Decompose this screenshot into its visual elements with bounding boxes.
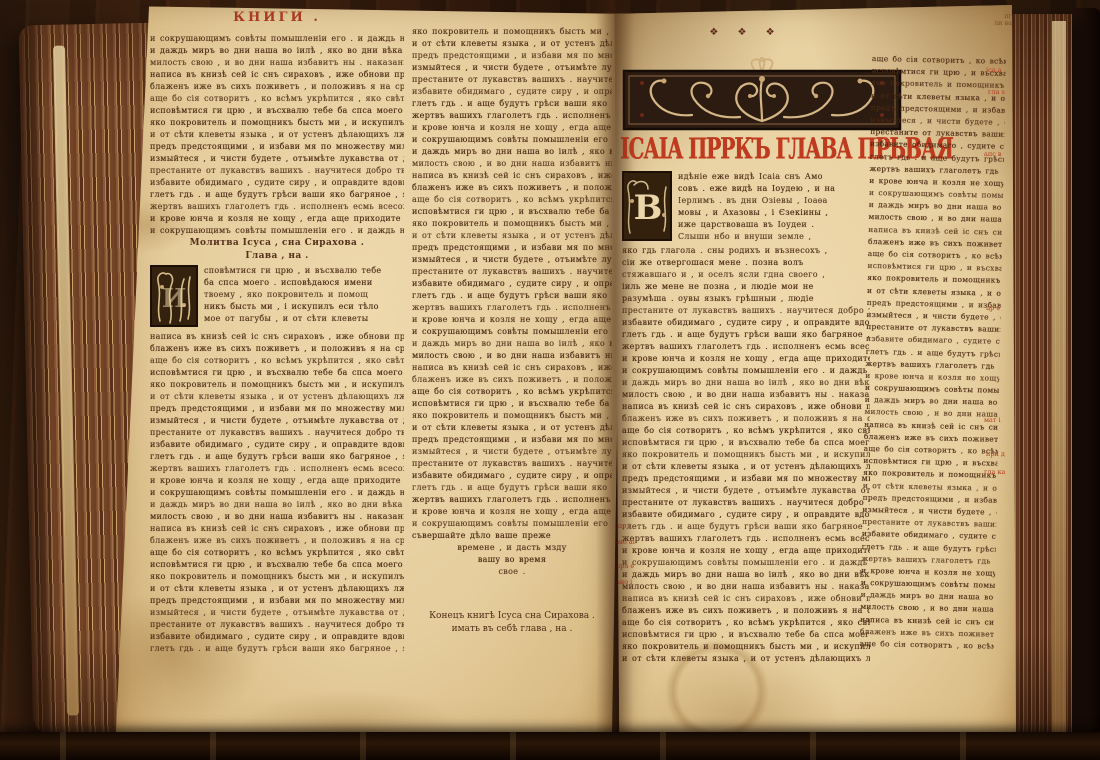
- text-line: избавите обидимаго , судите сиру , и опр…: [412, 470, 612, 482]
- text-line: яко покровитель и помощникъ бысть ми , и…: [150, 117, 404, 129]
- text-line: престаните от лукавствъ вашихъ . научите…: [150, 619, 404, 631]
- text-line: и сокрушающимъ совѣты помышленіи его . и…: [412, 326, 612, 338]
- text-line: и даждь миръ во дни наша во іилѣ , яко в…: [412, 146, 612, 158]
- text-line: и крове юнча и козля не хощу , егда аще …: [412, 122, 612, 134]
- text-line: яко покровитель и помощникъ бысть ми , и…: [412, 410, 612, 422]
- text-line: аще бо сія сотворитъ , ко всѣмъ укрѣпитс…: [150, 547, 404, 559]
- text-line: твоему , яко покровитель и помощ: [204, 289, 404, 301]
- text-line: измыйтеся , и чисти будете , отъимѣте лу…: [412, 446, 612, 458]
- text-line: измыйтеся , и чисти будете , отъимѣте лу…: [412, 62, 612, 74]
- text-line: и крове юнча и козля не хощу , егда аще …: [412, 506, 612, 518]
- text-line: жертвъ вашихъ глаголетъ гдь . исполненъ …: [412, 494, 612, 506]
- text-line: аще бо сія сотворитъ , ко всѣмъ укрѣпитс…: [412, 194, 612, 206]
- text-line: избавите обидимаго , судите сиру , и опр…: [150, 439, 404, 451]
- wooden-table-edge: [0, 732, 1100, 760]
- left-page: КНИГИ . и сокрушающимъ совѣты помышленіи…: [116, 2, 624, 746]
- text-line: и сокрушающимъ совѣты помышленіи его . и…: [412, 518, 612, 530]
- text-line: и крове юнча и козля не хощу , егда аще …: [150, 475, 404, 487]
- text-line: предъ предстоящими , и избави мя по множ…: [412, 50, 612, 62]
- text-line: и от сѣти клеветы языка , и от устенъ дѣ…: [412, 38, 612, 50]
- text-line: яко покровитель и помощникъ бысть ми , и…: [412, 26, 612, 38]
- text-line: жертвъ вашихъ глаголетъ гдь . исполненъ …: [412, 110, 612, 122]
- text-line: глетъ гдь . и аще будутъ грѣси ваши яко …: [150, 451, 404, 463]
- text-line: избавите обидимаго , судите сиру , и опр…: [150, 631, 404, 643]
- text-line: глетъ гдь . и аще будутъ грѣси ваши яко …: [412, 98, 612, 110]
- text-line: и крове юнча и козля не хощу , егда аще …: [150, 213, 404, 225]
- text-line: исповѣмтися ги црю , и въсхвалю тебе ба …: [412, 398, 612, 410]
- margin-note: ано і: [616, 579, 650, 586]
- text-line: блаженъ иже въ сихъ поживетъ , и положив…: [150, 343, 404, 355]
- text-line: престаните от лукавствъ вашихъ . научите…: [412, 74, 612, 86]
- text-line: и от сѣти клеветы языка , и от устенъ дѣ…: [150, 583, 404, 595]
- text-line: глетъ гдь . и аще будутъ грѣси ваши яко …: [150, 643, 404, 655]
- text-line: избавите обидимаго , судите сиру , и опр…: [412, 278, 612, 290]
- text-line: написа въ книзѣ сей іс снъ сираховъ , иж…: [150, 523, 404, 535]
- margin-note: амо аі: [614, 539, 648, 546]
- text-line: и даждь миръ во дни наша во іилѣ , яко в…: [150, 499, 404, 511]
- text-line: и даждь миръ во дни наша во іилѣ , яко в…: [412, 338, 612, 350]
- initial-ornament-icon: И: [150, 265, 198, 327]
- text-line: исповѣмтися ги црю , и въсхвалю тебе ба …: [150, 105, 404, 117]
- colophon-line: Конецъ книгѣ Ісуса сна Сирахова .: [412, 610, 612, 623]
- right-page: пг ли ва ❖ ❖ ❖: [612, 5, 1016, 743]
- text-line: блаженъ иже въ сихъ поживетъ , и положив…: [412, 374, 612, 386]
- text-line: никъ бысть ми , і искупилъ еси тѣло: [204, 301, 404, 313]
- taper-line: времене , и дасть мзду: [412, 542, 612, 554]
- text-line: аще бо сія сотворитъ , ко всѣмъ укрѣпитс…: [412, 386, 612, 398]
- text-line: глетъ гдь . и аще будутъ грѣси ваши яко …: [412, 290, 612, 302]
- text-line: аще бо сія сотворитъ , ко всѣмъ укрѣпитс…: [150, 93, 404, 105]
- text-line: предъ предстоящими , и избави мя по множ…: [150, 141, 404, 153]
- text-line: исповѣмтися ги црю , и въсхвалю тебе ба …: [150, 559, 404, 571]
- section-title-line-1: Молитва Ісуса , сна Сирахова .: [150, 237, 404, 250]
- text-line: мое от пагубы , и от сѣти клеветы: [204, 313, 404, 325]
- text-line: написа въ книзѣ сей іс снъ сираховъ , иж…: [412, 362, 612, 374]
- text-line: исповѣмтися ги црю , и въсхвалю тебе ба …: [150, 367, 404, 379]
- text-line: милость свою , и во дни наша избавитъ ны…: [412, 158, 612, 170]
- text-line: престаните от лукавствъ вашихъ . научите…: [412, 458, 612, 470]
- text-line: престаните от лукавствъ вашихъ . научите…: [412, 266, 612, 278]
- text-line: престаните от лукавствъ вашихъ . научите…: [150, 427, 404, 439]
- left-page-column-1: и сокрушающимъ совѣты помышленіи его . и…: [150, 33, 404, 655]
- text-line: милость свою , и во дни наша избавитъ ны…: [150, 511, 404, 523]
- text-line: блаженъ иже въ сихъ поживетъ , и положив…: [412, 182, 612, 194]
- text-line: и от сѣти клеветы языка , и от устенъ дѣ…: [150, 129, 404, 141]
- taper-line: вашу во время: [412, 554, 612, 566]
- text-line: измыйтеся , и чисти будете , отъимѣте лу…: [150, 153, 404, 165]
- text-line: жертвъ вашихъ глаголетъ гдь . исполненъ …: [150, 463, 404, 475]
- running-header: КНИГИ .: [150, 10, 404, 25]
- text-line: милость свою , и во дни наша избавитъ ны…: [150, 57, 404, 69]
- text-line: жертвъ вашихъ глаголетъ гдь . исполненъ …: [412, 302, 612, 314]
- margin-note: пра ѳ: [616, 563, 650, 570]
- text-line: жертвъ вашихъ глаголетъ гдь . исполненъ …: [150, 201, 404, 213]
- text-line: ба спса моего . исповѣдаюся имени: [204, 277, 404, 289]
- photo-of-open-book: КНИГИ . и сокрушающимъ совѣты помышленіи…: [0, 0, 1100, 760]
- text-line: яко покровитель и помощникъ бысть ми , и…: [412, 218, 612, 230]
- text-line: предъ предстоящими , и избави мя по множ…: [150, 403, 404, 415]
- gutter-margin-notes: апр іамо аіпра ѳано і: [612, 5, 1016, 743]
- decorated-initial-woodcut: И: [150, 265, 198, 331]
- text-line: измыйтеся , и чисти будете , отъимѣте лу…: [412, 254, 612, 266]
- text-line: милость свою , и во дни наша избавитъ ны…: [412, 350, 612, 362]
- body-text: написа въ книзѣ сей іс снъ сираховъ , иж…: [150, 331, 404, 655]
- section-title-line-2: Глава , на .: [150, 250, 404, 263]
- text-line: избавите обидимаго , судите сиру , и опр…: [150, 177, 404, 189]
- text-line: яко покровитель и помощникъ бысть ми , и…: [150, 379, 404, 391]
- text-line: избавите обидимаго , судите сиру , и опр…: [412, 86, 612, 98]
- text-line: и от сѣти клеветы языка , и от устенъ дѣ…: [412, 422, 612, 434]
- text-line: написа въ книзѣ сей іс снъ сираховъ , иж…: [412, 170, 612, 182]
- colophon-line: имать въ себѣ глава , на .: [412, 623, 612, 636]
- text-line: блаженъ иже въ сихъ поживетъ , и положив…: [150, 535, 404, 547]
- taper-line: свое .: [412, 566, 612, 578]
- decorated-initial-row: И сповѣмтися ги црю , и въсхвалю тебеба …: [150, 265, 404, 331]
- initial-letter: И: [162, 284, 187, 314]
- text-line: измыйтеся , и чисти будете , отъимѣте лу…: [150, 415, 404, 427]
- text-line: яко покровитель и помощникъ бысть ми , и…: [150, 571, 404, 583]
- text-line: предъ предстоящими , и избави мя по множ…: [412, 242, 612, 254]
- text-line: глетъ гдь . и аще будутъ грѣси ваши яко …: [150, 189, 404, 201]
- text-line: и от сѣти клеветы языка , и от устенъ дѣ…: [412, 230, 612, 242]
- last-full-line: съвершайте дѣло ваше преже: [412, 530, 612, 542]
- text-line: исповѣмтися ги црю , и въсхвалю тебе ба …: [412, 206, 612, 218]
- book-cover-edge-right: [1070, 8, 1100, 752]
- text-line: измыйтеся , и чисти будете , отъимѣте лу…: [150, 607, 404, 619]
- body-text: и сокрушающимъ совѣты помышленіи его . и…: [150, 33, 404, 237]
- text-line: и сокрушающимъ совѣты помышленіи его . и…: [150, 225, 404, 237]
- text-line: и даждь миръ во дни наша во іилѣ , яко в…: [150, 45, 404, 57]
- text-line: и сокрушающимъ совѣты помышленіи его . и…: [150, 33, 404, 45]
- text-line: сповѣмтися ги црю , и въсхвалю тебе: [204, 265, 404, 277]
- text-line: предъ предстоящими , и избави мя по множ…: [150, 595, 404, 607]
- text-line: предъ предстоящими , и избави мя по множ…: [412, 434, 612, 446]
- text-line: глетъ гдь . и аще будутъ грѣси ваши яко …: [412, 482, 612, 494]
- body-text: сповѣмтися ги црю , и въсхвалю тебеба сп…: [204, 265, 404, 331]
- text-line: и сокрушающимъ совѣты помышленіи его . и…: [412, 134, 612, 146]
- colophon: Конецъ книгѣ Ісуса сна Сирахова . имать …: [412, 610, 612, 636]
- text-line: и от сѣти клеветы языка , и от устенъ дѣ…: [150, 391, 404, 403]
- margin-note: апр і: [614, 523, 648, 530]
- text-line: написа въ книзѣ сей іс снъ сираховъ , иж…: [150, 331, 404, 343]
- text-line: аще бо сія сотворитъ , ко всѣмъ укрѣпитс…: [150, 355, 404, 367]
- body-text: яко покровитель и помощникъ бысть ми , и…: [412, 26, 612, 530]
- tapering-ending: времене , и дасть мзду вашу во время сво…: [412, 542, 612, 578]
- text-line: престаните от лукавствъ вашихъ . научите…: [150, 165, 404, 177]
- text-line: блаженъ иже въ сихъ поживетъ , и положив…: [150, 81, 404, 93]
- page-block-edges-right: [1008, 14, 1072, 744]
- left-page-column-2: яко покровитель и помощникъ бысть ми , и…: [412, 26, 612, 636]
- text-line: и сокрушающимъ совѣты помышленіи его . и…: [150, 487, 404, 499]
- text-line: написа въ книзѣ сей іс снъ сираховъ , иж…: [150, 69, 404, 81]
- text-line: и крове юнча и козля не хощу , егда аще …: [412, 314, 612, 326]
